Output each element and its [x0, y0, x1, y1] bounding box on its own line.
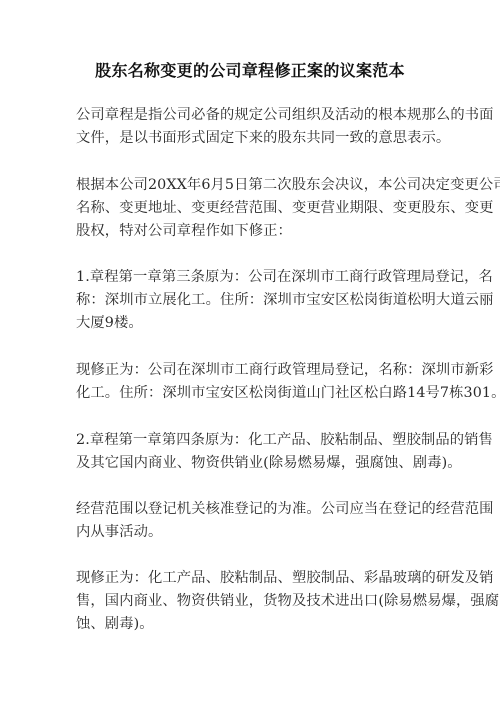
text-line: 称：深圳市立展化工。住所：深圳市宝安区松岗街道松明大道云丽 — [76, 289, 431, 312]
paragraph-article-4-original: 2.章程第一章第四条原为：化工产品、胶粘制品、塑胶制品的销售 及其它国内商业、物… — [76, 429, 431, 475]
text-line: 售，国内商业、物资供销业，货物及技术进出口(除易燃易爆，强腐 — [76, 590, 431, 613]
text-line: 内从事活动。 — [76, 521, 431, 544]
text-line: 大厦9楼。 — [76, 312, 431, 335]
paragraph-article-3-original: 1.章程第一章第三条原为：公司在深圳市工商行政管理局登记，名 称：深圳市立展化工… — [76, 266, 431, 335]
text-line: 现修正为：化工产品、胶粘制品、塑胶制品、彩晶玻璃的研发及销 — [76, 567, 431, 590]
paragraph-resolution: 根据本公司20XX年6月5日第二次股东会决议，本公司决定变更公司 名称、变更地址… — [76, 174, 431, 243]
text-line: 公司章程是指公司必备的规定公司组织及活动的根本规那么的书面 — [76, 104, 431, 127]
text-line: 股权，特对公司章程作如下修正： — [76, 220, 431, 243]
text-line: 2.章程第一章第四条原为：化工产品、胶粘制品、塑胶制品的销售 — [76, 429, 431, 452]
text-line: 1.章程第一章第三条原为：公司在深圳市工商行政管理局登记，名 — [76, 266, 431, 289]
paragraph-intro: 公司章程是指公司必备的规定公司组织及活动的根本规那么的书面 文件，是以书面形式固… — [76, 104, 431, 150]
paragraph-article-4-amended: 现修正为：化工产品、胶粘制品、塑胶制品、彩晶玻璃的研发及销 售，国内商业、物资供… — [76, 567, 431, 636]
text-line: 及其它国内商业、物资供销业(除易燃易爆，强腐蚀、剧毒)。 — [76, 452, 431, 475]
paragraph-article-3-amended: 现修正为：公司在深圳市工商行政管理局登记，名称：深圳市新彩 化工。住所：深圳市宝… — [76, 359, 431, 405]
document-title: 股东名称变更的公司章程修正案的议案范本 — [0, 58, 500, 81]
text-line: 化工。住所：深圳市宝安区松岗街道山门社区松白路14号7栋301。 — [76, 382, 431, 405]
text-line: 经营范围以登记机关核准登记的为准。公司应当在登记的经营范围 — [76, 498, 431, 521]
text-line: 蚀、剧毒)。 — [76, 613, 431, 636]
text-line: 文件，是以书面形式固定下来的股东共同一致的意思表示。 — [76, 127, 431, 150]
text-line: 根据本公司20XX年6月5日第二次股东会决议，本公司决定变更公司 — [76, 174, 431, 197]
text-line: 现修正为：公司在深圳市工商行政管理局登记，名称：深圳市新彩 — [76, 359, 431, 382]
paragraph-business-scope: 经营范围以登记机关核准登记的为准。公司应当在登记的经营范围 内从事活动。 — [76, 498, 431, 544]
text-line: 名称、变更地址、变更经营范围、变更营业期限、变更股东、变更 — [76, 197, 431, 220]
